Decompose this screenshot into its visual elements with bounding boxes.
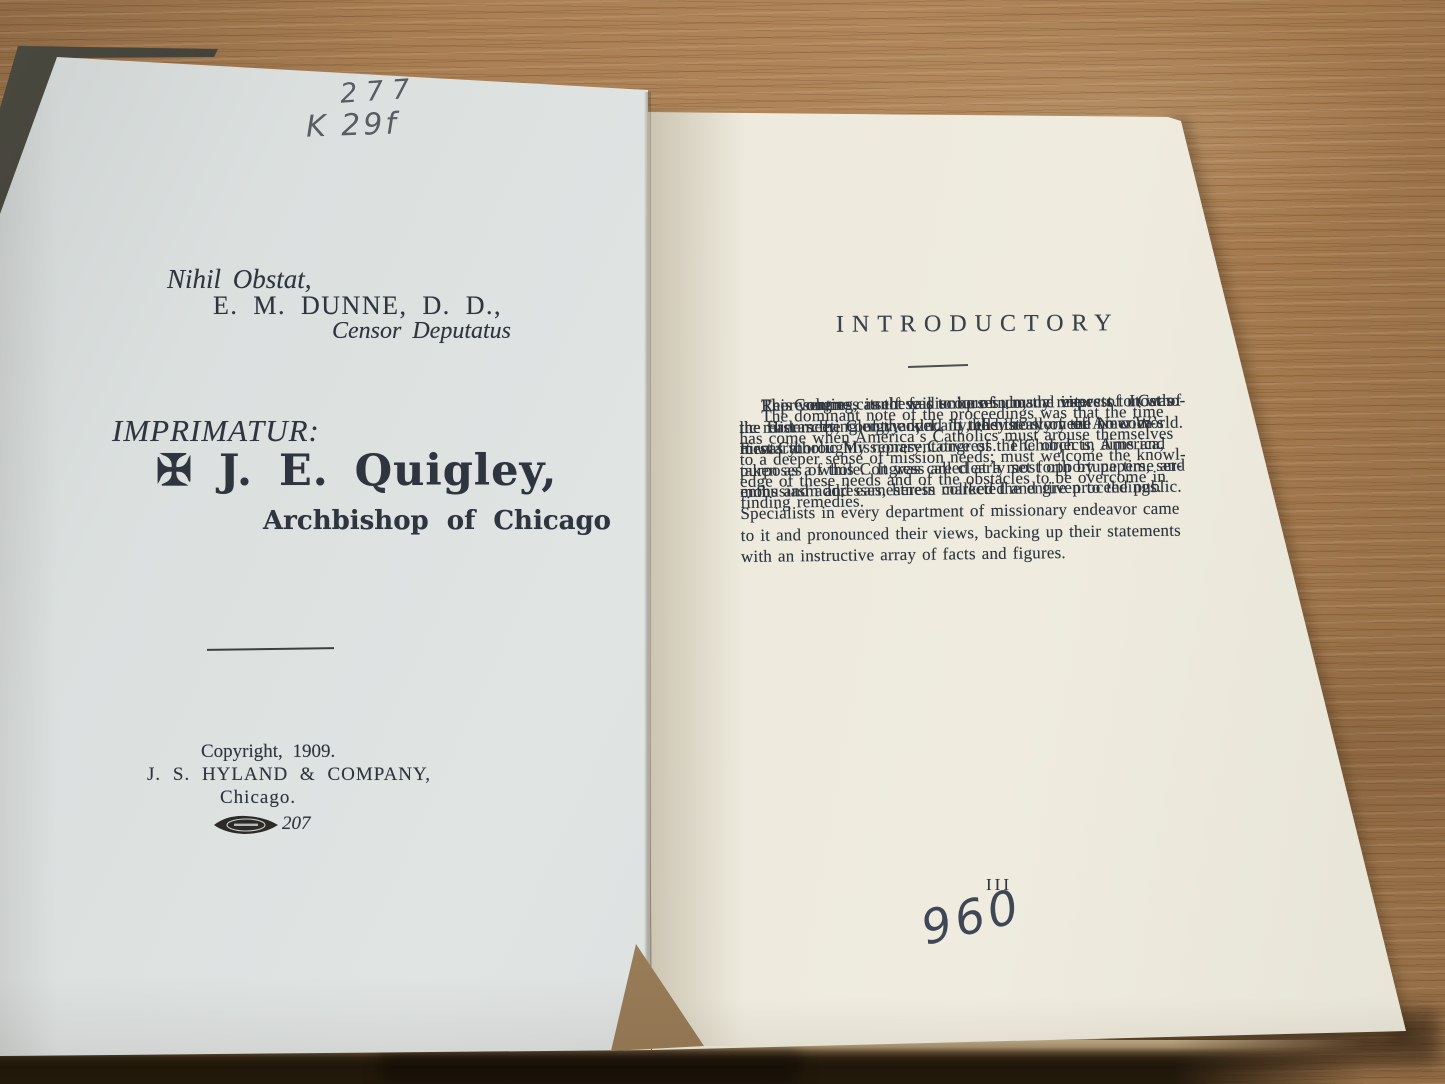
- chapter-heading: INTRODUCTORY: [836, 310, 1120, 338]
- handwritten-call-number-2: K 29f: [305, 106, 399, 144]
- publisher-city: Chicago.: [220, 787, 296, 809]
- imprimatur-title: Archbishop of Chicago: [263, 506, 611, 536]
- heading-rule: [908, 364, 968, 368]
- book-photo: 277 K 29f Nihil Obstat, E. M. DUNNE, D. …: [0, 0, 1445, 1084]
- printer-code: 207: [282, 813, 311, 835]
- body-text: This volume cannot fail to be of unusual…: [739, 389, 1244, 395]
- censor-title: Censor Deputatus: [332, 318, 511, 345]
- handwritten-call-number-1: 277: [339, 73, 420, 109]
- handwritten-number: 960: [916, 879, 1028, 957]
- imprimatur-signature: ✠ J. E. Quigley,: [156, 446, 557, 496]
- copyright-line: Copyright, 1909.: [201, 741, 335, 763]
- book-bottom-shadow: [380, 1050, 800, 1084]
- paragraph-4: The dominant note of the proceedings was…: [739, 401, 1186, 514]
- publisher-name: J. S. HYLAND & COMPANY,: [147, 764, 431, 786]
- censor-name: E. M. DUNNE, D. D.,: [213, 291, 502, 321]
- gutter-shadow: [650, 108, 745, 1046]
- separator-rule: [207, 647, 334, 651]
- printer-emblem-icon: [212, 813, 282, 839]
- imprimatur-label: IMPRIMATUR:: [112, 413, 320, 449]
